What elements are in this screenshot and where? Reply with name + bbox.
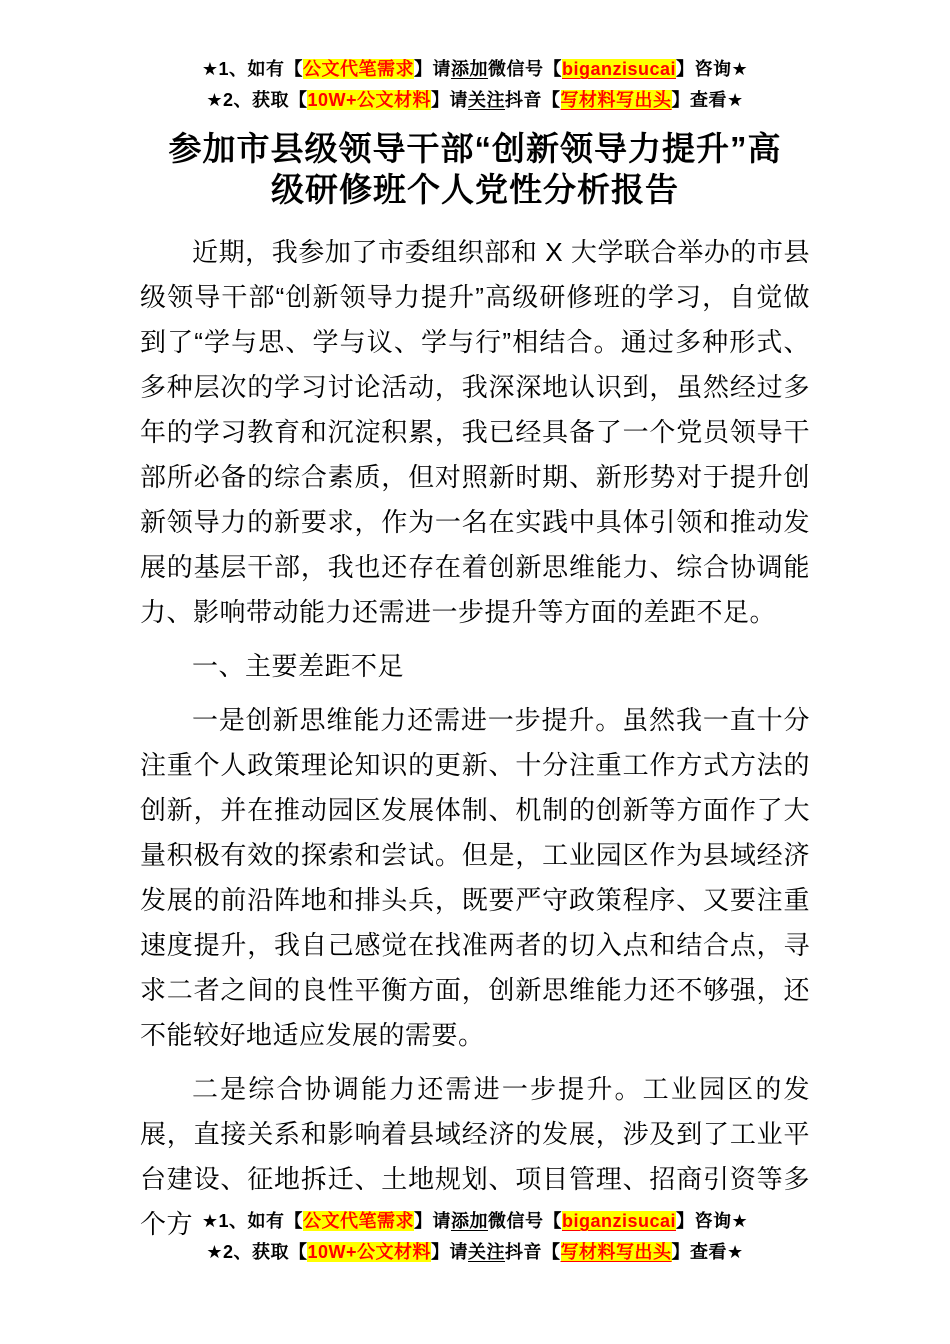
paragraph-point-1: 一是创新思维能力还需进一步提升。虽然我一直十分注重个人政策理论知识的更新、十分注… (140, 698, 810, 1058)
promo-line1-wechat-id: biganzisucai (562, 1211, 676, 1231)
promo-line1-prefix: ★1、如有【 (202, 1211, 303, 1231)
paragraph-intro: 近期，我参加了市委组织部和 X 大学联合举办的市县级领导干部“创新领导力提升”高… (140, 230, 810, 635)
promo-line2-mid1: 】请 (431, 1242, 468, 1262)
section-heading-1: 一、主要差距不足 (140, 644, 810, 689)
promo-line1-mid2: 微信号【 (488, 59, 562, 79)
promo-line1-wechat-id: biganzisucai (562, 59, 676, 79)
promo-line2-mid1: 】请 (431, 90, 468, 110)
promo-line2-douyin-id: 写材料写出头 (561, 1242, 672, 1262)
promo-line1-mid1: 】请 (414, 1211, 451, 1231)
promo-line1-underline-action: 添加 (451, 59, 488, 79)
promo-line1-prefix: ★1、如有【 (202, 59, 303, 79)
document-body: 近期，我参加了市委组织部和 X 大学联合举办的市县级领导干部“创新领导力提升”高… (140, 230, 810, 1247)
document-title-line-1: 参加市县级领导干部“创新领导力提升”高 (0, 128, 950, 169)
document-title: 参加市县级领导干部“创新领导力提升”高 级研修班个人党性分析报告 (0, 128, 950, 210)
promo-line1-highlight-service: 公文代笔需求 (303, 59, 414, 79)
promo-line2-highlight-material: 10W+公文材料 (307, 1242, 431, 1262)
promo-line1-suffix: 】咨询★ (676, 59, 748, 79)
promo-line2-underline-action: 关注 (468, 1242, 505, 1262)
promo-notice-bottom: ★1、如有【公文代笔需求】请添加微信号【biganzisucai】咨询★ ★2、… (0, 1206, 950, 1268)
promo-line-2: ★2、获取【10W+公文材料】请关注抖音【写材料写出头】查看★ (0, 1237, 950, 1268)
document-title-line-2: 级研修班个人党性分析报告 (0, 169, 950, 210)
promo-line1-mid1: 】请 (414, 59, 451, 79)
promo-line2-mid2: 抖音【 (505, 1242, 561, 1262)
promo-line2-mid2: 抖音【 (505, 90, 561, 110)
promo-line2-douyin-id: 写材料写出头 (561, 90, 672, 110)
promo-line2-prefix: ★2、获取【 (206, 90, 307, 110)
promo-line1-suffix: 】咨询★ (676, 1211, 748, 1231)
promo-line1-mid2: 微信号【 (488, 1211, 562, 1231)
promo-line1-underline-action: 添加 (451, 1211, 488, 1231)
promo-line2-suffix: 】查看★ (672, 90, 744, 110)
promo-notice-top: ★1、如有【公文代笔需求】请添加微信号【biganzisucai】咨询★ ★2、… (0, 0, 950, 116)
promo-line2-prefix: ★2、获取【 (206, 1242, 307, 1262)
promo-line1-highlight-service: 公文代笔需求 (303, 1211, 414, 1231)
promo-line2-underline-action: 关注 (468, 90, 505, 110)
promo-line2-highlight-material: 10W+公文材料 (307, 90, 431, 110)
promo-line-1: ★1、如有【公文代笔需求】请添加微信号【biganzisucai】咨询★ (0, 54, 950, 85)
promo-line2-suffix: 】查看★ (672, 1242, 744, 1262)
document-page: ★1、如有【公文代笔需求】请添加微信号【biganzisucai】咨询★ ★2、… (0, 0, 950, 1344)
promo-line-2: ★2、获取【10W+公文材料】请关注抖音【写材料写出头】查看★ (0, 85, 950, 116)
promo-line-1: ★1、如有【公文代笔需求】请添加微信号【biganzisucai】咨询★ (0, 1206, 950, 1237)
